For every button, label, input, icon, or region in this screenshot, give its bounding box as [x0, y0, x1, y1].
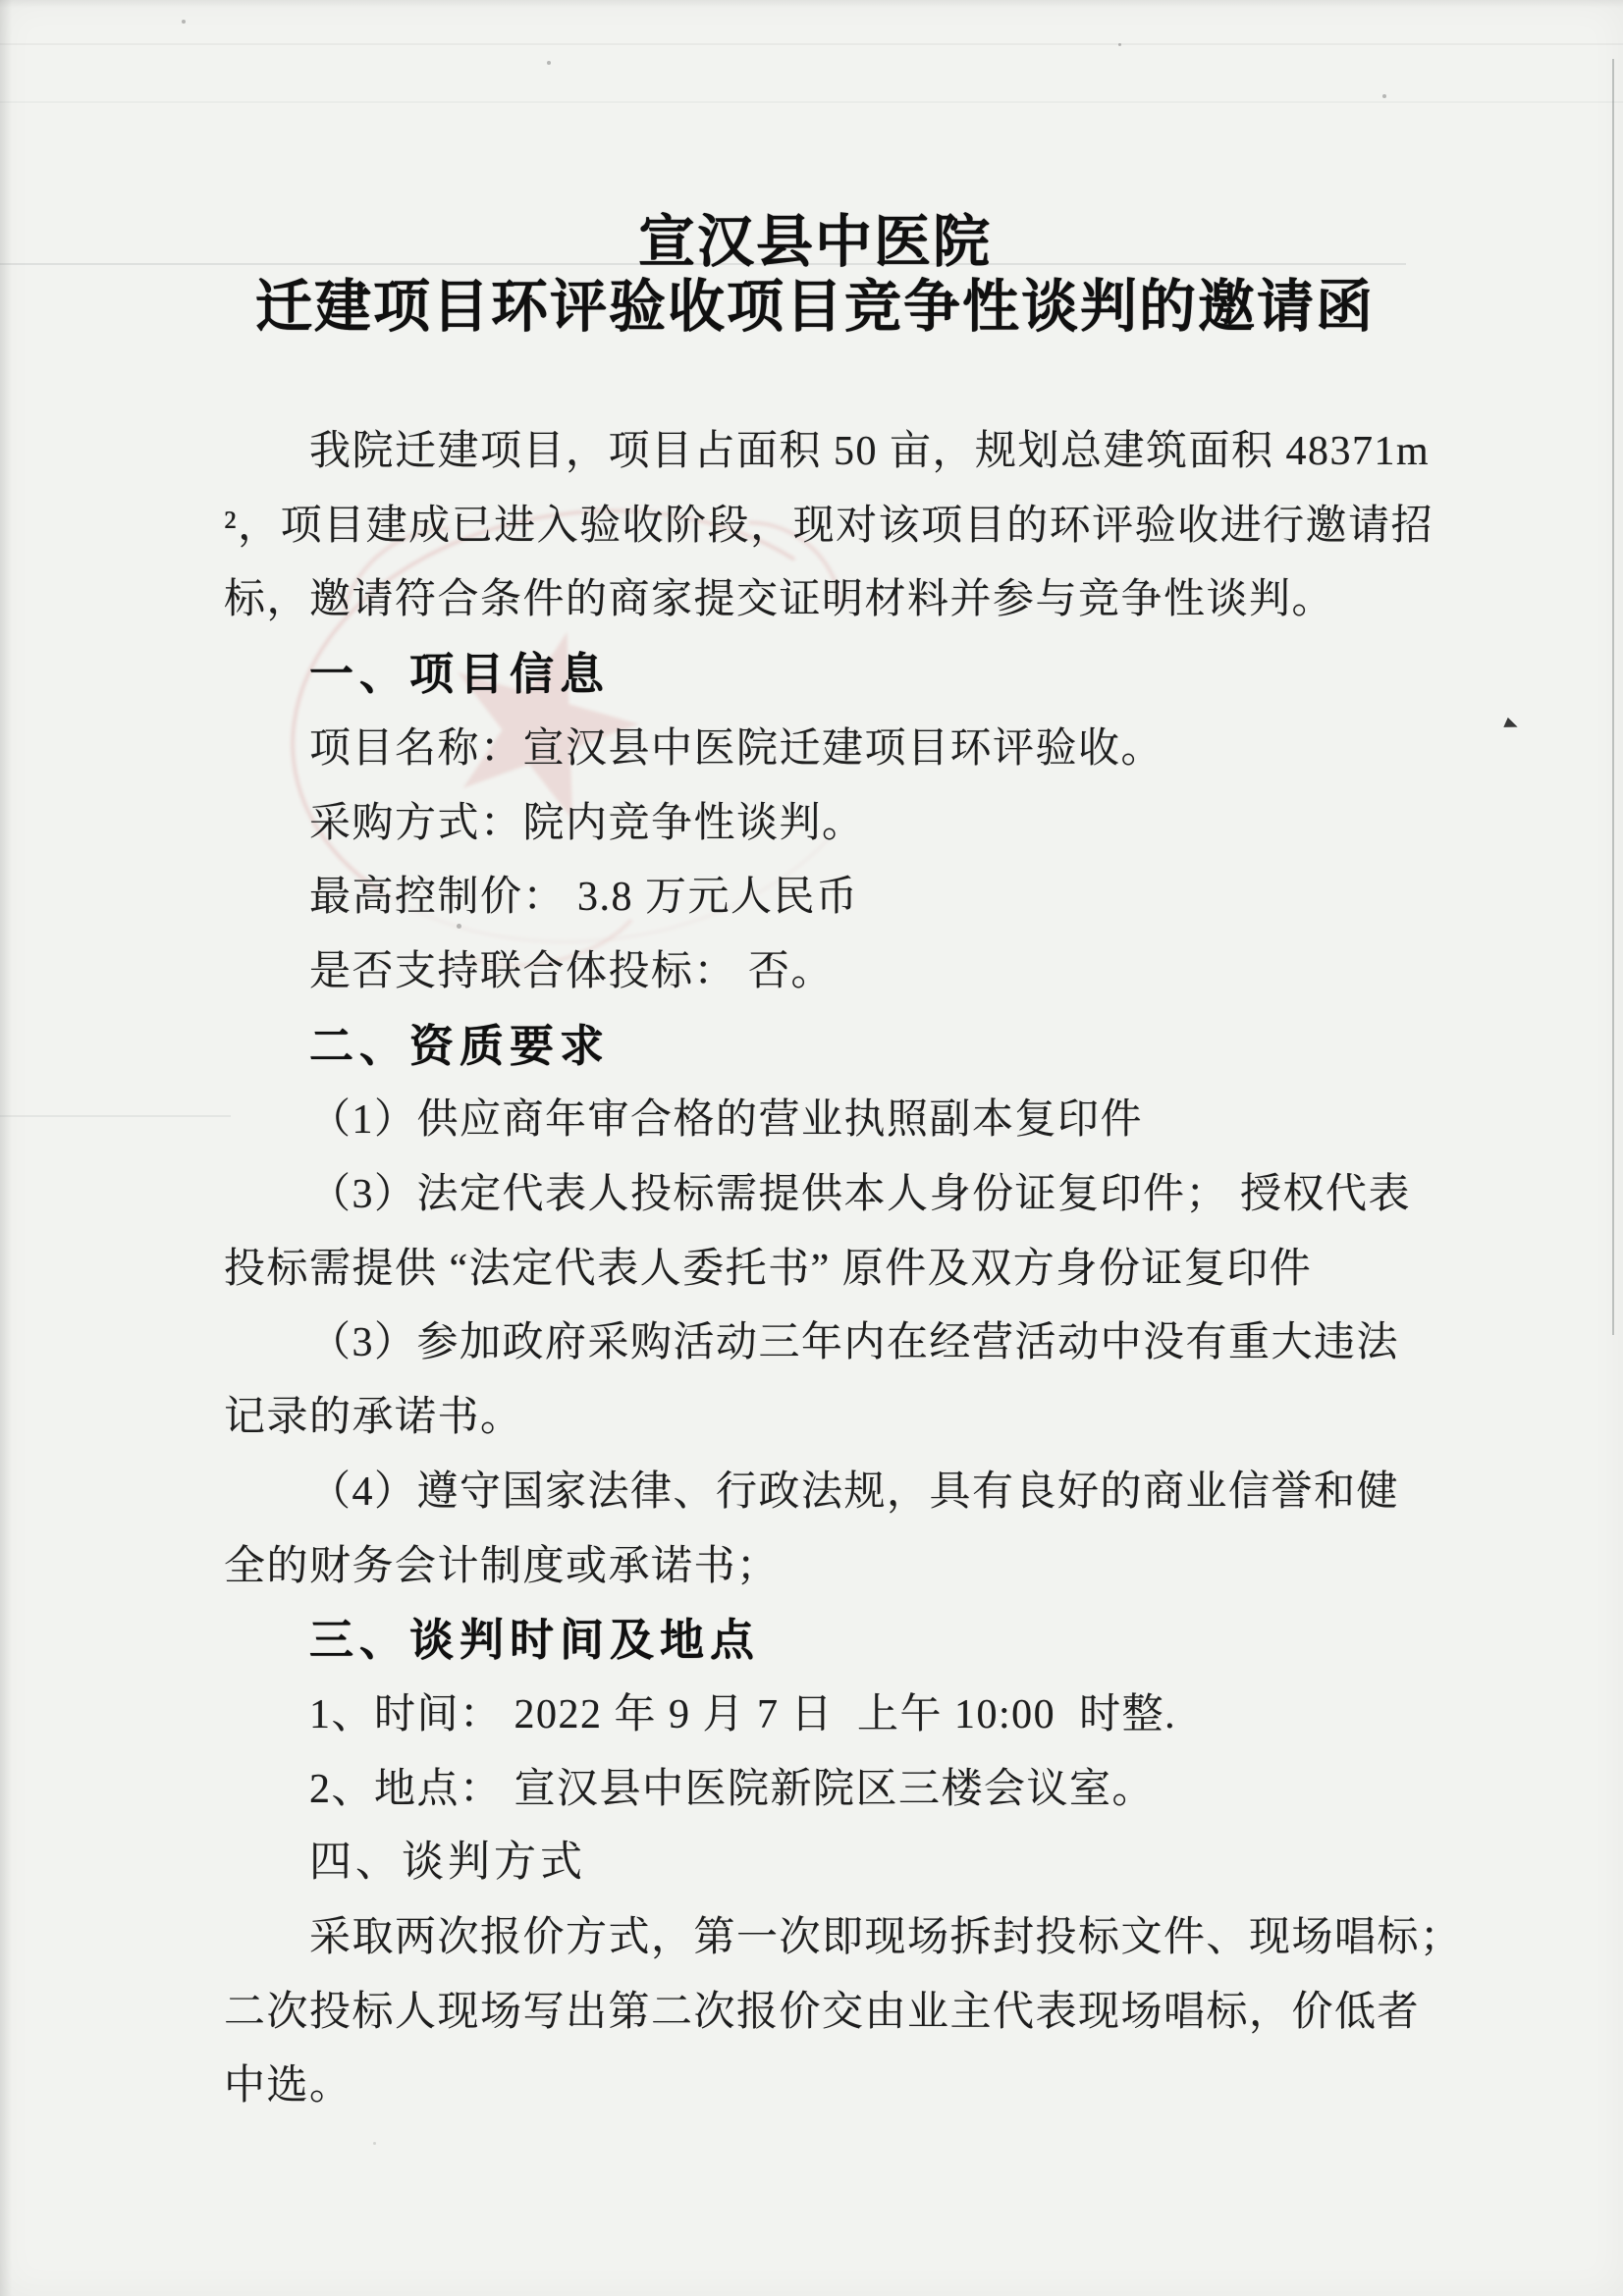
text-line: 中选。 [224, 2051, 352, 2121]
text-line: 投标需提供 “法定代表人委托书” 原件及双方身份证复印件 [224, 1234, 1312, 1305]
text-line: 最高控制价： 3.8 万元人民币 [309, 862, 859, 933]
text-line: （1）供应商年审合格的营业执照副本复印件 [309, 1085, 1143, 1155]
text-line: （3）法定代表人投标需提供本人身份证复印件； 授权代表 [309, 1159, 1411, 1230]
scan-line [0, 43, 1623, 45]
scan-edge-top [0, 0, 1623, 8]
section-heading: 三、谈判时间及地点 [309, 1605, 760, 1676]
scan-edge-right-line [1612, 59, 1614, 1335]
text-line: 全的财务会计制度或承诺书； [224, 1531, 780, 1602]
document-title-line-2: 迁建项目环评验收项目竞争性谈判的邀请函 [147, 276, 1483, 339]
text-line: （3）参加政府采购活动三年内在经营活动中没有重大违法 [309, 1308, 1399, 1378]
text-line: （4）遵守国家法律、行政法规，具有良好的商业信誉和健 [309, 1457, 1399, 1527]
dust-speck [547, 61, 551, 65]
scan-line [0, 101, 1623, 103]
text-line: 采购方式：院内竞争性谈判。 [309, 788, 865, 859]
dust-speck [1118, 43, 1121, 46]
ink-speck [1503, 718, 1519, 732]
scan-line [0, 1115, 231, 1117]
text-line: 是否支持联合体投标： 否。 [309, 936, 834, 1007]
scan-edge-left [0, 0, 12, 2296]
text-line: 1、时间： 2022 年 9 月 7 日 上午 10:00 时整. [309, 1680, 1176, 1750]
section-heading: 四、谈判方式 [309, 1828, 586, 1898]
text-line: ²，项目建成已进入验收阶段，现对该项目的环评验收进行邀请招 [224, 491, 1434, 561]
text-line: 二次投标人现场写出第二次报价交由业主代表现场唱标，价低者 [224, 1977, 1420, 2048]
text-line: 记录的承诺书。 [224, 1382, 523, 1453]
dust-speck [373, 2142, 376, 2145]
text-line: 项目名称：宣汉县中医院迁建项目环评验收。 [309, 714, 1163, 784]
document-title-line-1: 宣汉县中医院 [147, 211, 1483, 274]
section-heading: 一、项目信息 [309, 639, 610, 710]
text-line: 标，邀请符合条件的商家提交证明材料并参与竞争性谈判。 [224, 564, 1334, 635]
section-heading: 二、资质要求 [309, 1011, 610, 1082]
dust-speck [182, 20, 186, 24]
text-line: 我院迁建项目，项目占面积 50 亩，规划总建筑面积 48371m [309, 416, 1430, 487]
document-page: 宣汉县中医院迁建项目环评验收项目竞争性谈判的邀请函我院迁建项目，项目占面积 50… [0, 0, 1623, 2296]
text-line: 2、地点： 宣汉县中医院新院区三楼会议室。 [309, 1754, 1155, 1825]
dust-speck [1382, 94, 1386, 98]
text-line: 采取两次报价方式，第一次即现场拆封投标文件、现场唱标； [309, 1902, 1463, 1973]
